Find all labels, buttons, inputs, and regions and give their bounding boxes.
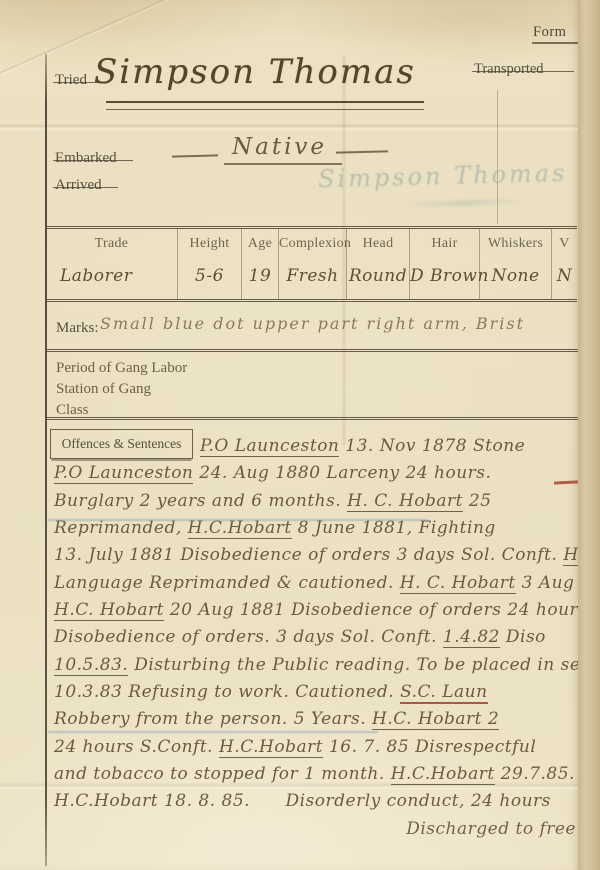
offence-line: 10.3.83 Refusing to work. Cautioned. S.C… — [46, 679, 578, 706]
period-of-gang-labor-label: Period of Gang Labor — [56, 360, 187, 377]
offence-line: and tobacco to stopped for 1 month. H.C.… — [46, 761, 578, 788]
offence-underlined-text: 10.5.83. — [54, 655, 128, 676]
offence-line: 13. July 1881 Disobedience of orders 3 d… — [46, 542, 578, 569]
offence-text: 10.3.83 Refusing to work. Cautioned. — [54, 682, 400, 702]
header-complexion: Complexion — [279, 229, 347, 256]
value-whiskers: None — [480, 256, 552, 299]
value-hair: D Brown — [410, 256, 480, 299]
offence-text: Diso — [500, 627, 546, 647]
offence-text: Reprimanded, — [54, 518, 188, 538]
offence-line: P.O Launceston 24. Aug 1880 Larceny 24 h… — [46, 460, 578, 487]
tried-label: Tried — [55, 72, 87, 89]
offence-line: Discharged to free — [46, 816, 578, 843]
offence-text: Burglary 2 years and 6 months. — [54, 491, 347, 511]
offence-text: 8 June 1881, Fighting — [292, 518, 496, 538]
offence-text: and tobacco to stopped for 1 month. — [54, 764, 391, 784]
form-number-underline — [532, 42, 578, 44]
embarked-label: Embarked — [55, 150, 117, 167]
offence-text: 29.7.85. Re — [495, 764, 578, 784]
ink-bleed-ghost-text: Simpson Thomas — [318, 159, 578, 194]
marks-label: Marks: — [56, 320, 99, 337]
underlying-page-edge — [577, 0, 600, 870]
offence-text: 24 hours S.Conft. — [54, 737, 219, 757]
value-visage-partial: N — [552, 256, 577, 299]
offence-line: 10.5.83. Disturbing the Public reading. … — [46, 652, 578, 679]
offence-underlined-text: H.C. Hobart 2 — [372, 709, 499, 730]
offence-text: Language Reprimanded & cautioned. — [54, 573, 400, 593]
header-head: Head — [347, 229, 410, 256]
value-age: 19 — [242, 256, 279, 299]
value-trade: Laborer — [46, 256, 178, 299]
offence-text: 24. Aug 1880 Larceny 24 hours. — [193, 463, 497, 483]
offence-text: 16. 7. 85 Disrespectful — [323, 737, 536, 757]
header-visage-partial: V — [552, 229, 577, 256]
header-hair: Hair — [410, 229, 480, 256]
handwritten-dash — [336, 150, 388, 154]
header-age: Age — [242, 229, 279, 256]
offence-text: 20 Aug 1881 Disobedience of orders 24 ho… — [164, 600, 578, 620]
offence-underlined-text: H.C.Hobart — [391, 764, 495, 785]
offence-underlined-text: H.C. Hobart — [54, 600, 164, 621]
value-head: Round — [347, 256, 410, 299]
offence-line: Disobedience of orders. 3 days Sol. Conf… — [46, 624, 578, 651]
header-height: Height — [178, 229, 242, 256]
offence-underlined-text: H. C. Hobart — [347, 491, 463, 512]
offence-underlined-text: P.O Launceston — [200, 436, 339, 457]
offence-underlined-text: H. C. Hobart — [400, 573, 516, 594]
offence-text: 3 Aug — [516, 573, 575, 593]
offence-lines: P.O Launceston 13. Nov 1878 StoneP.O Lau… — [46, 433, 578, 843]
offence-line: H.C.Hobart 18. 8. 85. Disorderly conduct… — [46, 788, 578, 815]
offence-underlined-text: P.O Launceston — [54, 463, 193, 484]
offence-text: Discharged to free — [406, 819, 576, 839]
offence-underlined-text: H — [563, 545, 578, 566]
offence-underlined-text: S.C. Laun — [400, 682, 487, 704]
section-divider — [46, 417, 578, 420]
description-table-value-row: Laborer 5-6 19 Fresh Round D Brown None … — [46, 256, 577, 299]
offence-text: 13. July 1881 Disobedience of orders 3 d… — [54, 545, 563, 565]
offence-line: Burglary 2 years and 6 months. H. C. Hob… — [46, 488, 578, 515]
offence-text: 13. Nov 1878 Stone — [339, 436, 525, 456]
offence-line: H.C. Hobart 20 Aug 1881 Disobedience of … — [46, 597, 578, 624]
convict-record-form: Form Tried Simpson Thomas Transported Em… — [0, 0, 578, 870]
offence-line: Language Reprimanded & cautioned. H. C. … — [46, 570, 578, 597]
transported-label: Transported — [474, 61, 544, 78]
station-of-gang-label: Station of Gang — [56, 381, 151, 398]
offence-text: Robbery from the person. 5 Years. — [54, 709, 372, 729]
offence-line: 24 hours S.Conft. H.C.Hobart 16. 7. 85 D… — [46, 734, 578, 761]
header-whiskers: Whiskers — [480, 229, 552, 256]
offence-underlined-text: H.C.Hobart — [188, 518, 292, 539]
value-height: 5-6 — [178, 256, 242, 299]
native-entry: Native — [232, 134, 327, 160]
offence-underlined-text: H.C.Hobart — [219, 737, 323, 758]
handwritten-dash — [172, 154, 218, 157]
offence-text: 25 — [463, 491, 492, 511]
offence-text: Disturbing the Public reading. To be pla… — [128, 655, 578, 675]
description-table: Trade Height Age Complexion Head Hair Wh… — [46, 226, 577, 302]
section-divider — [46, 349, 578, 352]
offence-underlined-text: 1.4.82 — [443, 627, 500, 648]
blue-ink-bleed-line — [48, 519, 428, 521]
scanned-convict-record: Form Tried Simpson Thomas Transported Em… — [0, 0, 600, 870]
marks-entry: Small blue dot upper part right arm, Bri… — [100, 314, 525, 333]
offence-line: Robbery from the person. 5 Years. H.C. H… — [46, 706, 578, 733]
form-number-label: Form — [533, 24, 566, 41]
arrived-label: Arrived — [55, 177, 102, 194]
ink-bleed-smudge — [400, 196, 530, 211]
offence-line: P.O Launceston 13. Nov 1878 Stone — [46, 433, 578, 460]
blue-ink-bleed-line — [48, 731, 378, 733]
offence-text: H.C.Hobart 18. 8. 85. Disorderly conduct… — [54, 791, 551, 811]
offence-text: Disobedience of orders. 3 days Sol. Conf… — [54, 627, 443, 647]
header-trade: Trade — [46, 229, 178, 256]
prisoner-name: Simpson Thomas — [94, 52, 494, 92]
horizontal-fold-crease — [0, 123, 578, 131]
value-complexion: Fresh — [279, 256, 347, 299]
prisoner-name-underline — [106, 101, 424, 110]
description-table-header-row: Trade Height Age Complexion Head Hair Wh… — [46, 229, 577, 256]
